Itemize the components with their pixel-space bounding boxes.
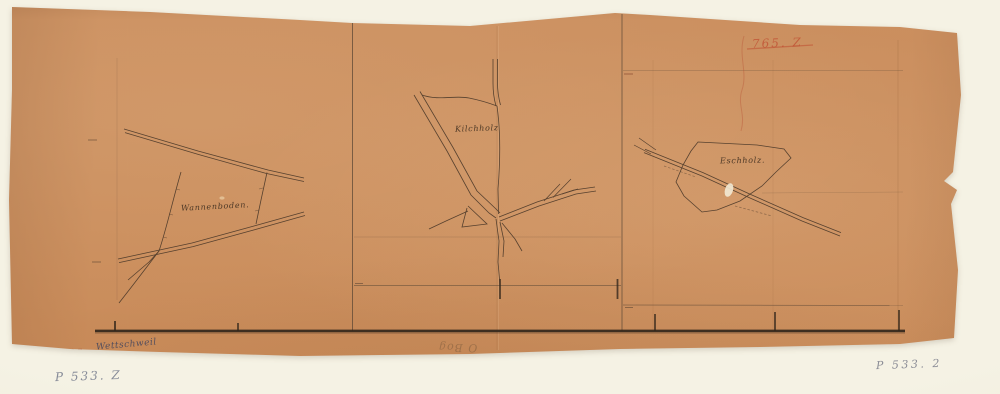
paper-flaw-small [219, 196, 224, 199]
micro-margin-figures [88, 140, 633, 308]
archival-scan: Wannenboden. Kilchholz Eschholz. 765. Z … [0, 0, 1000, 394]
map-paper: Wannenboden. Kilchholz Eschholz. 765. Z … [0, 0, 1000, 394]
eschholz-drawing [634, 138, 841, 236]
base-line [95, 331, 905, 333]
red-crayon-line [740, 36, 744, 131]
wannenboden-drawing [118, 129, 305, 303]
pencil-reference-right: P 533. 2 [876, 357, 942, 372]
paper-shadow-wrap: Wannenboden. Kilchholz Eschholz. 765. Z … [0, 0, 1000, 394]
red-strike-line [747, 45, 813, 49]
pencil-reference-left: P 533. Z [55, 368, 122, 384]
fold-creases [117, 26, 898, 350]
map-linework [0, 0, 1000, 394]
sheet-grid-lines [353, 14, 904, 331]
kilchholz-drawing [414, 59, 596, 285]
